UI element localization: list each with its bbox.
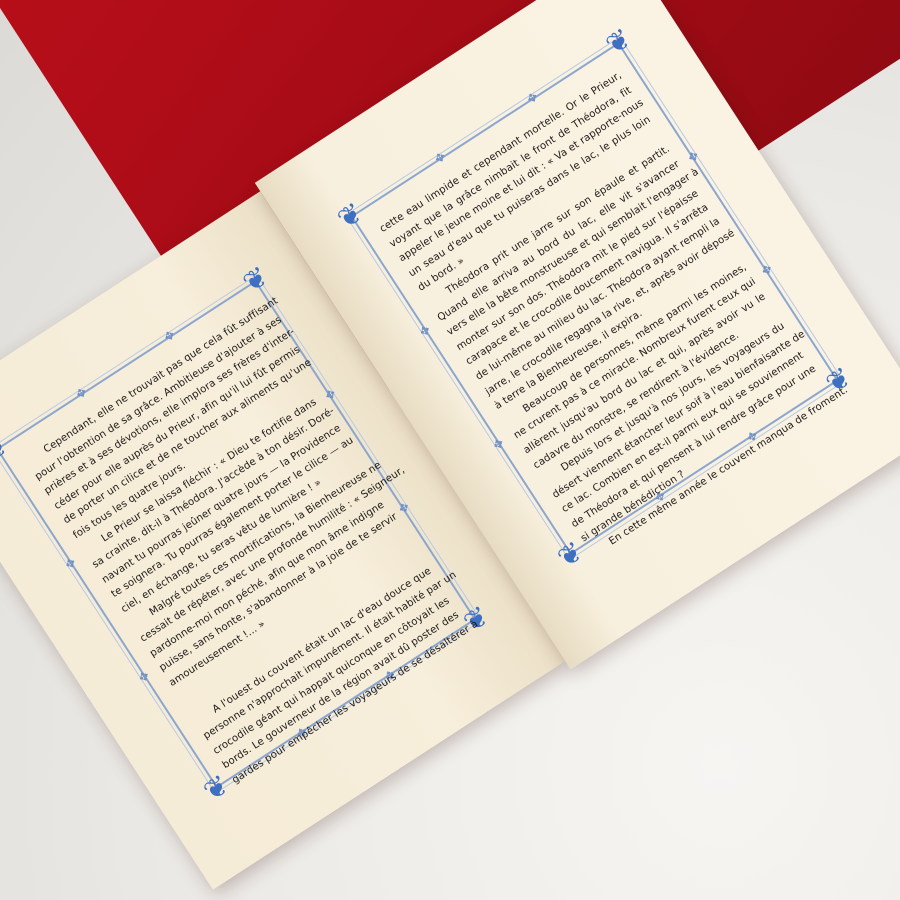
fleuron-node-icon: ✥ — [163, 329, 177, 343]
fleuron-node-icon: ✥ — [492, 437, 506, 451]
fleuron-node-icon: ✥ — [397, 501, 411, 515]
fleuron-node-icon: ✥ — [433, 151, 447, 165]
fleuron-node-icon: ✥ — [74, 386, 88, 400]
fleuron-node-icon: ✥ — [137, 670, 151, 684]
fleuron-node-icon: ✥ — [324, 388, 338, 402]
fleuron-node-icon: ✥ — [686, 150, 700, 164]
photo-scene: ❦ ❦ ❦ ❦ ✥ ✥ ✥ ✥ ✥ ✥ ✥ ✥ Cependant, elle … — [0, 0, 900, 900]
fleuron-corner-icon: ❦ — [0, 428, 17, 469]
fleuron-node-icon: ✥ — [525, 91, 539, 105]
fleuron-node-icon: ✥ — [64, 557, 78, 571]
fleuron-node-icon: ✥ — [418, 324, 432, 338]
fleuron-corner-icon: ❦ — [598, 21, 639, 62]
fleuron-node-icon: ✥ — [760, 263, 774, 277]
fleuron-corner-icon: ❦ — [330, 195, 371, 236]
